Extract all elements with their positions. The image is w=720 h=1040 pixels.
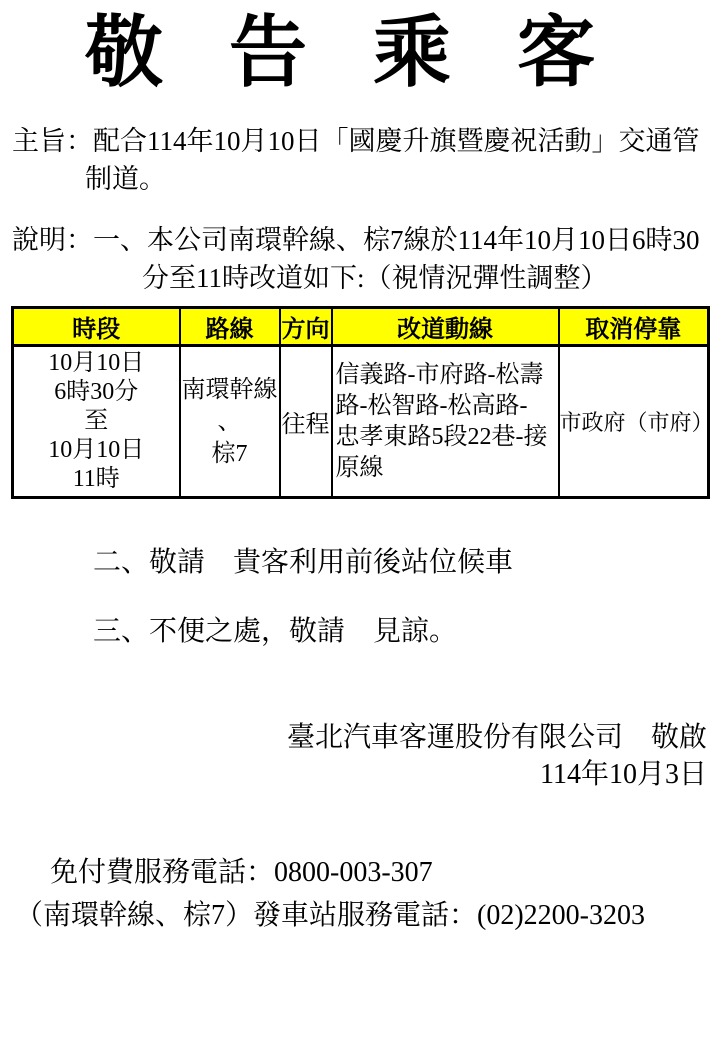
page-title: 敬告乘客 (85, 12, 661, 94)
description-paragraph: 說明：一、本公司南環幹線、棕7線於114年10月10日6時30 分至11時改道如… (0, 221, 718, 297)
phone-station: （南環幹線、棕7）發車站服務電話：(02)2200-3203 (15, 893, 645, 933)
cell-detour-route: 信義路-市府路-松壽 路-松智路-松高路- 忠孝東路5段22巷-接 原線 (332, 346, 559, 498)
table-header-row: 時段 路線 方向 改道動線 取消停靠 (13, 308, 709, 346)
cell-direction: 往程 (280, 346, 332, 498)
phone-toll-free: 免付費服務電話：0800-003-307 (50, 850, 433, 890)
column-header-period: 時段 (13, 308, 180, 346)
notice-item-2: 二、敬請 貴客利用前後站位候車 (93, 540, 513, 580)
table-row: 10月10日 6時30分 至 10月10日 11時 南環幹線 、 棕7 往程 信… (13, 346, 709, 498)
cell-routes: 南環幹線 、 棕7 (180, 346, 280, 498)
detour-table: 時段 路線 方向 改道動線 取消停靠 10月10日 6時30分 至 10月10日… (11, 306, 710, 499)
notice-item-3: 三、不便之處，敬請 見諒。 (93, 609, 457, 649)
subject-paragraph: 主旨：配合114年10月10日「國慶升旗暨慶祝活動」交通管 制道。 (0, 122, 718, 198)
cell-period: 10月10日 6時30分 至 10月10日 11時 (13, 346, 180, 498)
column-header-direction: 方向 (280, 308, 332, 346)
signature-company: 臺北汽車客運股份有限公司 敬啟 (287, 719, 707, 756)
column-header-detour: 改道動線 (332, 308, 559, 346)
signature-block: 臺北汽車客運股份有限公司 敬啟 114年10月3日 (287, 719, 707, 793)
cell-cancelled-stop: 市政府（市府） (559, 346, 709, 498)
column-header-routes: 路線 (180, 308, 280, 346)
signature-date: 114年10月3日 (287, 756, 707, 793)
column-header-cancelled-stop: 取消停靠 (559, 308, 709, 346)
notice-page: 敬告乘客 主旨：配合114年10月10日「國慶升旗暨慶祝活動」交通管 制道。 說… (0, 0, 720, 1040)
